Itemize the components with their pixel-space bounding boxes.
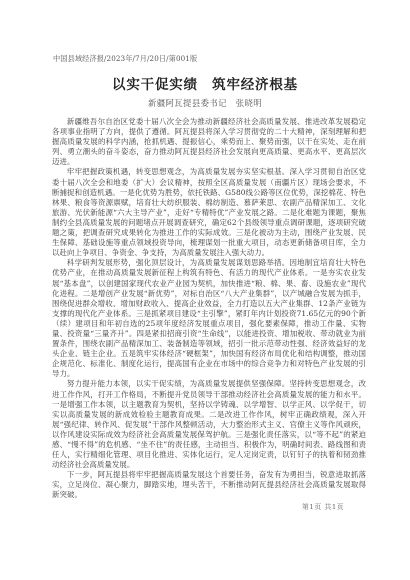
source-line: 中国县域经济报/2023年/7月/20日/第001版 — [53, 54, 197, 64]
paragraph: 下一步，阿瓦提县将牢牢把握高质量发展这个首要任务，奋发有为勇担当，锐意进取抓落实… — [52, 470, 366, 500]
article-author: 新疆阿瓦提县委书记 张晓明 — [0, 97, 410, 109]
paragraph: 牢牢把握政策机遇，转变思想观念，为高质量发展夯实坚实根基。深入学习贯彻自治区党委… — [52, 167, 366, 258]
article-title: 以实干促实绩 筑牢经济根基 — [0, 73, 410, 93]
paragraph: 努力提升能力本领，以实干促实绩，为高质量发展提供坚强保障。坚持转变思想观念，改进… — [52, 379, 366, 470]
document-page: 中国县域经济报/2023年/7月/20日/第001版 以实干促实绩 筑牢经济根基… — [0, 0, 410, 580]
paragraph: 科学研判发展形势，强化顶层设计，为高质量发展谋划思路举措。因地制宜培育壮大特色优… — [52, 258, 366, 379]
article-body: 新疆维吾尔自治区党委十届八次全会为推动新疆经济社会高质量发展、推进改革发展稳定各… — [52, 117, 366, 501]
paragraph: 新疆维吾尔自治区党委十届八次全会为推动新疆经济社会高质量发展、推进改革发展稳定各… — [52, 117, 366, 167]
page-number: 第1页 共1页 — [302, 501, 344, 511]
